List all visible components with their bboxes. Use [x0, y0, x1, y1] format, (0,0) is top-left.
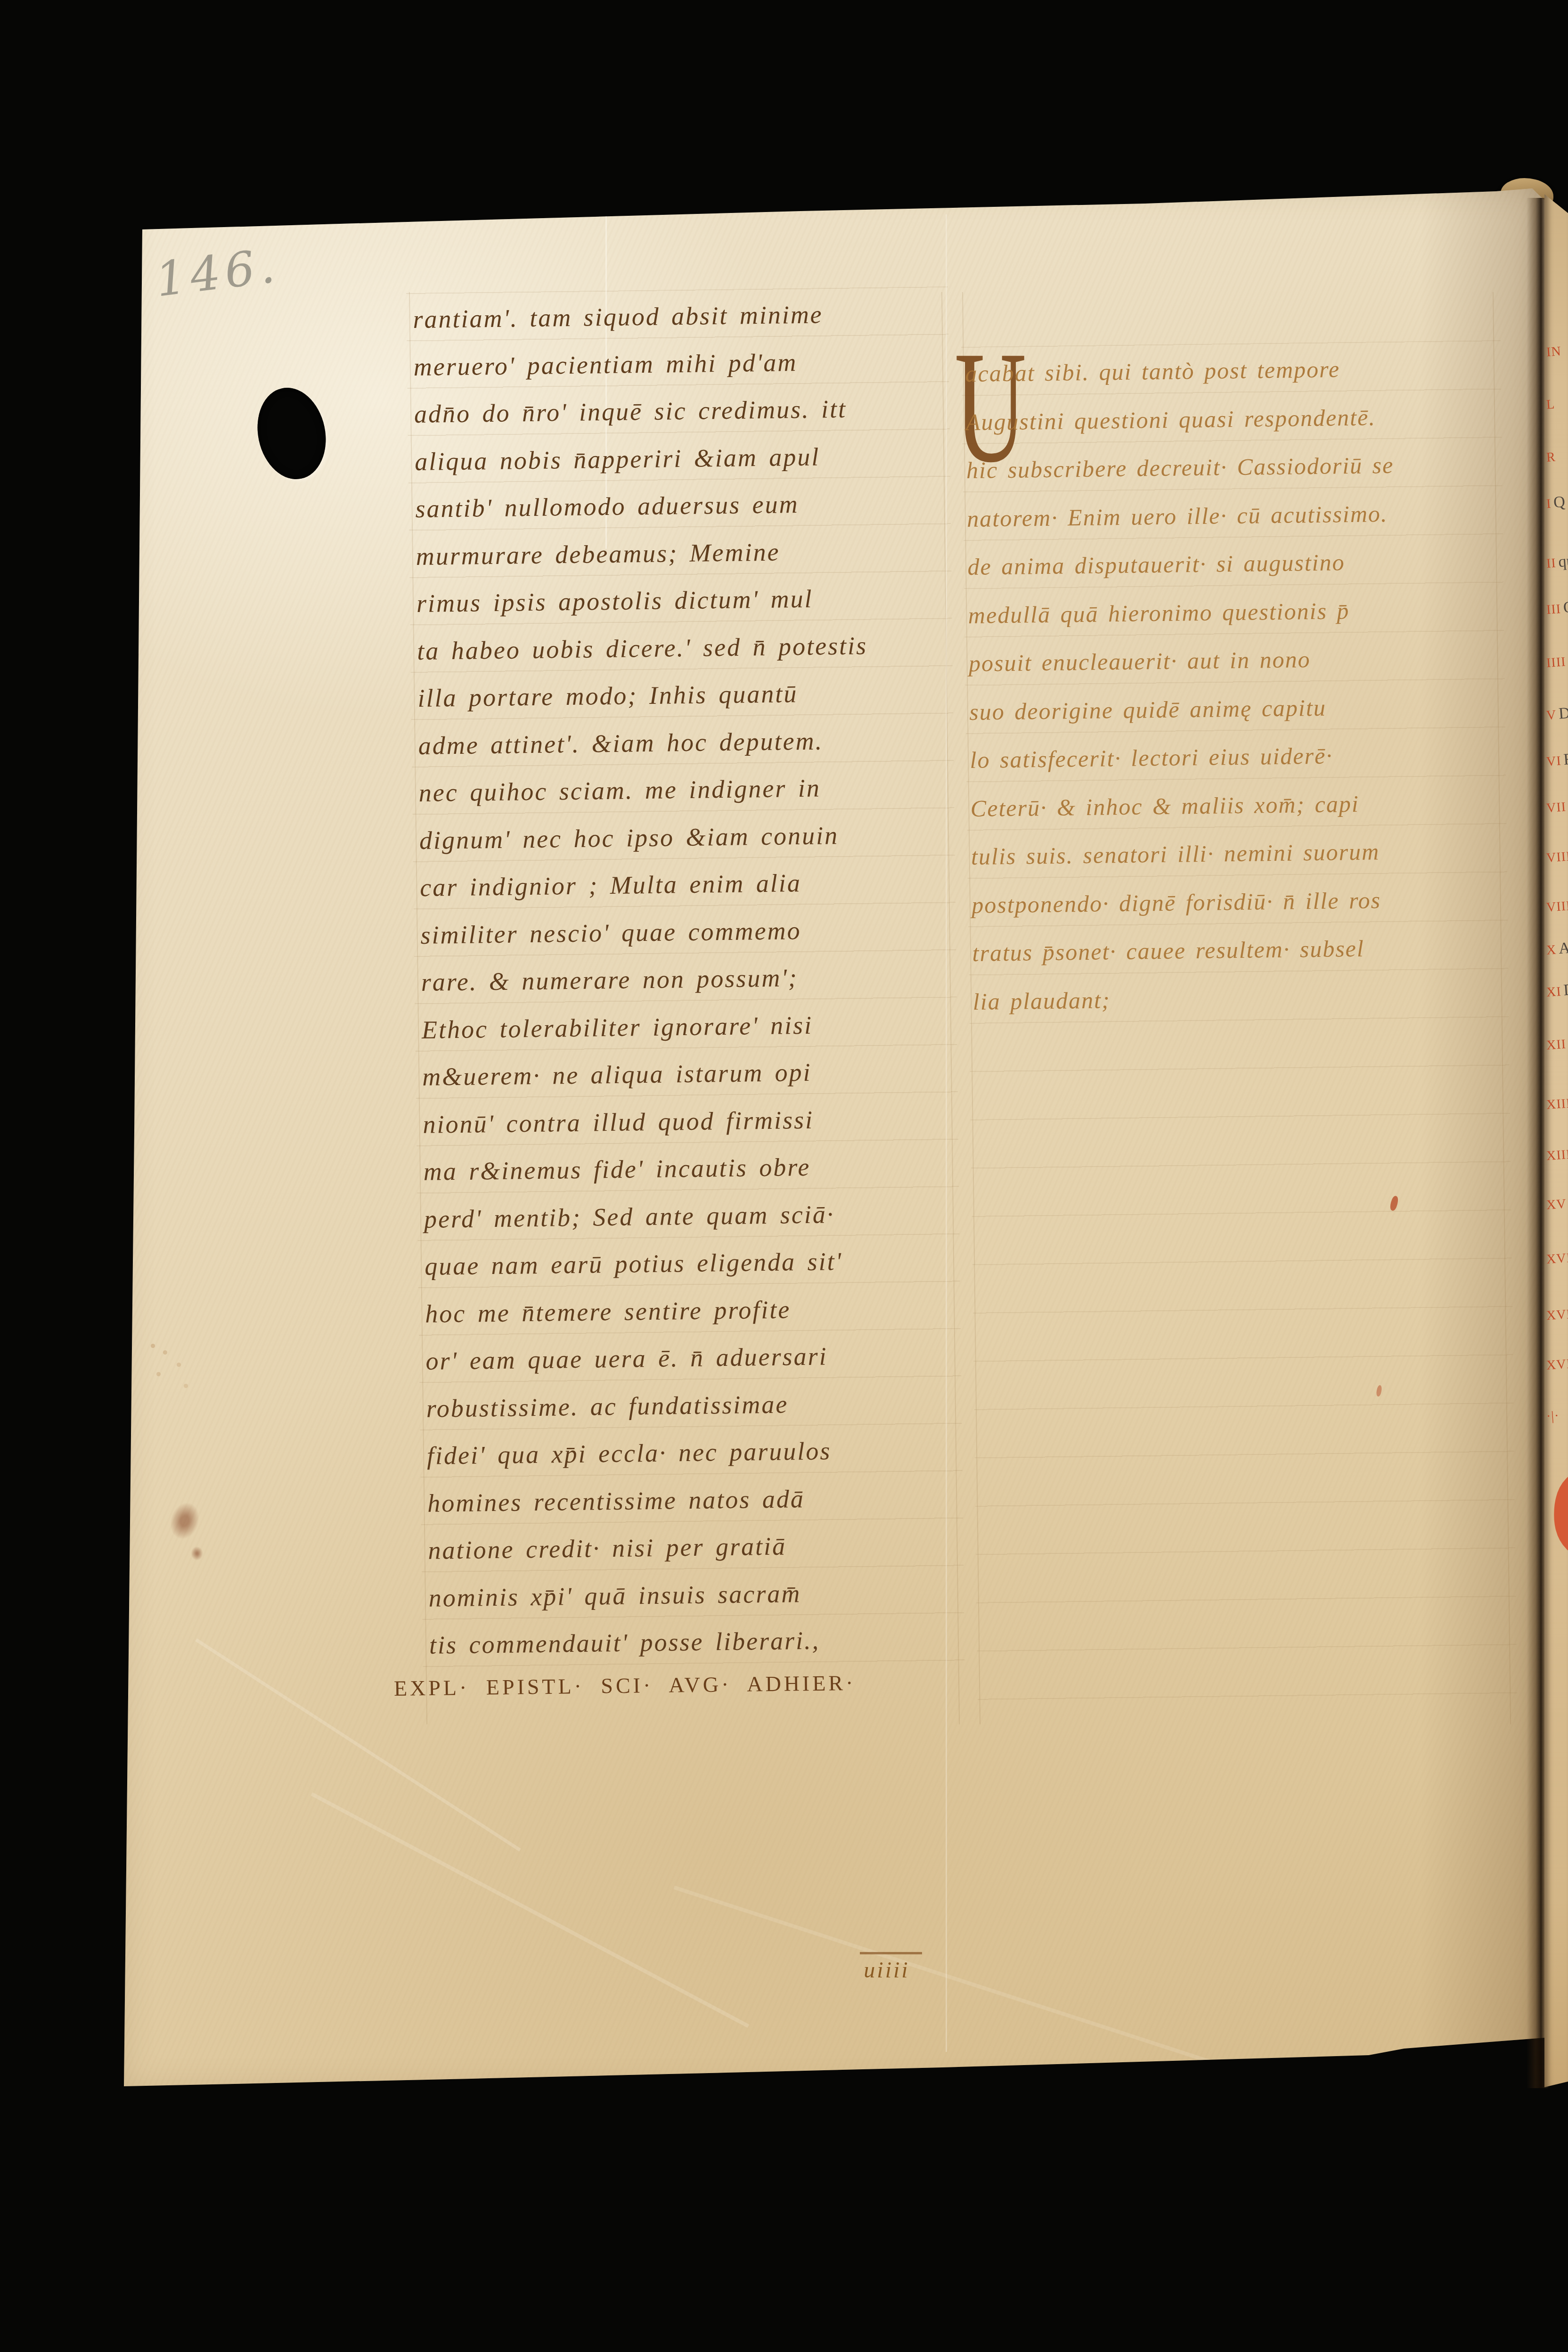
manuscript-line: lia plaudant; [972, 972, 1400, 1026]
fore-edge-row: VIFo [1546, 750, 1568, 770]
parchment-hole [249, 381, 334, 485]
fore-edge-row: XIID [1546, 1034, 1568, 1054]
chapter-first-letter [1557, 394, 1558, 412]
chapter-numeral-red: XVI [1546, 1250, 1568, 1267]
chapter-first-letter: De [1558, 704, 1568, 723]
manuscript-line: meruero' pacientiam mihi pd'am [413, 338, 864, 391]
ruling-vertical-line [1493, 292, 1511, 1724]
fore-edge-row: XID [1546, 981, 1568, 1001]
chapter-numeral-red: II [1546, 556, 1557, 571]
fore-edge-row: XA [1546, 939, 1568, 958]
manuscript-line: illa portare modo; Inhis quantū [417, 669, 868, 722]
red-offset-mark [1376, 1385, 1382, 1396]
chapter-numeral-red: XIII [1546, 1096, 1568, 1112]
fore-edge-row: XVII [1546, 1304, 1568, 1324]
manuscript-line: medullā quā hieronimo questionis p̄ [968, 586, 1396, 639]
fore-edge-row: IIIQ [1546, 598, 1568, 618]
manuscript-line: fidei' qua xp̄i eccla· nec paruulos [426, 1427, 877, 1479]
fore-edge-row: VIIDa [1546, 796, 1568, 817]
manuscript-line: adn̄o do n̄ro' inquē sic credimus. itt [414, 385, 865, 438]
fore-edge-row: IQ [1546, 493, 1566, 513]
manuscript-line: robustissime. ac fundatissimae [426, 1380, 877, 1432]
manuscript-line: rimus ipsis apostolis dictum' mul [416, 574, 867, 627]
manuscript-line: Ceterū· & inhoc & maliis xom̄; capi [970, 779, 1398, 833]
chapter-numeral-red: IN [1546, 344, 1562, 359]
chapter-first-letter: Q [1563, 598, 1568, 617]
manuscript-line: ta habeo uobis dicere.' sed n̄ potestis [417, 622, 868, 675]
chapter-first-letter [1557, 447, 1559, 465]
manuscript-line: similiter nescio' quae commemo [420, 906, 871, 959]
chapter-first-letter: Q [1553, 493, 1566, 512]
parchment-crease [673, 1886, 1234, 2071]
manuscript-line: dignum' nec hoc ipso &iam conuin [419, 811, 870, 864]
fore-edge-row: VDe [1546, 704, 1568, 724]
manuscript-line: car indignior ; Multa enim alia [420, 858, 871, 911]
manuscript-line: suo deorigine quidē animę capitu [969, 682, 1397, 736]
chapter-numeral-red: ·|· [1546, 1408, 1560, 1424]
manuscript-line: tulis suis. senatori illi· nemini suorum [971, 827, 1399, 881]
manuscript-line: quae nam earū potius eligenda sit' [425, 1237, 875, 1290]
manuscript-line: aliqua nobis n̄apperiri &iam apul [415, 433, 866, 485]
fore-edge-row: IIIIDe [1546, 651, 1568, 671]
parchment-crease [195, 1638, 521, 1851]
manuscript-line: Augustini questioni quasi respondentē. [965, 392, 1393, 446]
manuscript-line: rare. & numerare non possum'; [421, 953, 872, 1006]
red-offset-mark [1389, 1195, 1399, 1211]
chapter-numeral-red: V [1546, 708, 1557, 723]
fore-edge-row: VIIIIDe [1546, 894, 1568, 915]
fore-edge-row: IN [1546, 342, 1564, 360]
manuscript-line: adme attinet'. &iam hoc deputem. [418, 717, 869, 769]
chapter-numeral-red: VI [1546, 753, 1562, 769]
manuscript-line: or' eam quae uera ē. n̄ aduersari [425, 1332, 876, 1385]
chapter-numeral-red: VII [1546, 800, 1567, 816]
manuscript-line: hic subscribere decreuit· Cassiodoriū se [966, 441, 1394, 495]
fore-edge-row: IIqu [1546, 552, 1568, 572]
manuscript-line: nionū' contra illud quod firmissi [423, 1095, 874, 1148]
chapter-numeral-red: XV [1546, 1197, 1567, 1213]
manuscript-line: ma r&inemus fide' incautis obre [423, 1143, 874, 1195]
fore-edge-next-page: C IN L R IQ IIqu IIIQ [1544, 194, 1568, 2089]
manuscript-line: acabat sibi. qui tantò post tempore [965, 344, 1393, 398]
chapter-numeral-red: X [1546, 942, 1557, 957]
quire-signature-macron [860, 1952, 922, 1954]
fore-edge-row: XVIII [1546, 1353, 1568, 1373]
chapter-first-letter [1561, 1406, 1562, 1423]
chapter-first-letter: A [1558, 939, 1568, 957]
manuscript-page: 146. rantiam'. tam siquod absit minimeme… [120, 186, 1548, 2092]
fore-edge-row: ·|· [1546, 1406, 1562, 1425]
manuscript-line: rantiam'. tam siquod absit minime [413, 290, 864, 343]
red-initial-C: C [1548, 1442, 1568, 1583]
chapter-numeral-red: VIII· [1546, 849, 1568, 865]
text-column-right: acabat sibi. qui tantò post temporeAugus… [965, 344, 1401, 1026]
chapter-numeral-red: VIIII [1546, 898, 1568, 915]
manuscript-line: natorem· Enim uero ille· cū acutissimo. [967, 489, 1395, 543]
chapter-numeral-red: XIIII [1546, 1147, 1568, 1163]
chapter-first-letter: qu [1558, 552, 1568, 571]
chapter-numeral-red: XVII [1546, 1307, 1568, 1323]
text-column-left: rantiam'. tam siquod absit minimemeruero… [413, 290, 880, 1669]
manuscript-line: homines recentissime natos adā [427, 1474, 878, 1527]
chapter-numeral-red: III [1546, 602, 1561, 617]
fore-edge-row: VIII·De [1546, 845, 1568, 866]
manuscript-line: tis commendauit' posse liberari., [429, 1616, 880, 1669]
manuscript-line: Ethoc tolerabiliter ignorare' nisi [421, 1001, 872, 1053]
fore-edge-row: XIIID [1546, 1093, 1568, 1113]
manuscript-line: posuit enucleauerit· aut in nono [969, 634, 1396, 688]
chapter-numeral-red: XVIII [1546, 1356, 1568, 1373]
manuscript-line: lo satisfecerit· lectori eius uiderē· [970, 731, 1397, 784]
manuscript-line: murmurare debeamus; Memine [416, 527, 866, 580]
chapter-numeral-red: L [1546, 397, 1555, 412]
chapter-first-letter: D [1563, 981, 1568, 999]
parchment-crease [311, 1792, 750, 2028]
manuscript-line: natione credit· nisi per gratiā [428, 1521, 879, 1574]
fore-edge-row: XVID [1546, 1247, 1568, 1268]
fore-edge-row: R [1546, 447, 1559, 466]
manuscript-line: m&uerem· ne aliqua istarum opi [422, 1048, 873, 1101]
fore-edge-row: L [1546, 394, 1558, 413]
manuscript-line: nec quihoc sciam. me indigner in [418, 764, 869, 817]
chapter-numeral-red: XI [1546, 984, 1562, 1000]
manuscript-line: nominis xp̄i' quā insuis sacram̄ [428, 1569, 879, 1622]
manuscript-line: tratus p̄sonet· cauee resultem· subsel [972, 924, 1400, 978]
folio-number-pencil: 146. [153, 237, 282, 307]
chapter-first-letter [1563, 342, 1564, 359]
ink-stain [191, 1546, 203, 1560]
ruling-vertical-line [941, 292, 960, 1724]
chapter-numeral-red: XII [1546, 1037, 1567, 1053]
parchment-crease [946, 214, 947, 2052]
quire-signature: uiiii [851, 1952, 922, 1983]
manuscript-line: de anima disputauerit· si augustino [967, 538, 1395, 591]
fore-edge-row: XVN [1546, 1193, 1568, 1214]
manuscript-line: perd' mentib; Sed ante quam sciā· [424, 1190, 874, 1243]
chapter-numeral-red: I [1546, 497, 1552, 512]
chapter-numeral-red: R [1546, 450, 1556, 465]
manuscript-line: postponendo· dignē forisdiū· n̄ ille ros [972, 875, 1399, 929]
chapter-numeral-red: IIII [1546, 654, 1566, 670]
ink-stain [165, 1499, 204, 1543]
explicit-line: EXPL· EPISTL· SCI· AVG· ADHIER· [394, 1670, 856, 1701]
quire-signature-text: uiiii [864, 1958, 909, 1983]
chapter-first-letter: Fo [1563, 750, 1568, 768]
fore-edge-row: XIIIIQ [1546, 1143, 1568, 1164]
speckle-stains [151, 1344, 155, 1348]
manuscript-line: hoc me n̄temere sentire profite [425, 1285, 876, 1338]
manuscript-line: santib' nullomodo aduersus eum [415, 480, 866, 532]
photo-stage: 146. rantiam'. tam siquod absit minimeme… [0, 0, 1568, 2352]
